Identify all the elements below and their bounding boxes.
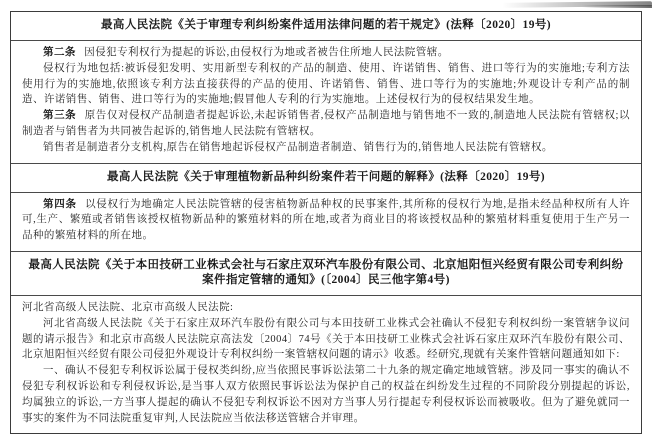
document-table: 最高人民法院《关于审理专利纠纷案件适用法律问题的若干规定》(法释〔2020〕19… xyxy=(10,11,642,434)
section-body: 河北省高级人民法院、北京市高级人民法院:河北省高级人民法院《关于石家庄双环汽车股… xyxy=(11,295,641,433)
paragraph: 河北省高级人民法院、北京市高级人民法院: xyxy=(22,300,630,316)
header-title: 最高人民法院《关于审理专利纠纷案件适用法律问题的若干规定》(法释〔2020〕19… xyxy=(25,18,627,33)
section-header: 最高人民法院《关于本田技研工业株式会社与石家庄双环汽车股份有限公司、北京旭阳恒兴… xyxy=(11,251,641,295)
section-header: 最高人民法院《关于审理植物新品种纠纷案件若干问题的解释》(法释〔2020〕19号… xyxy=(11,163,641,192)
paragraph: 一、确认不侵犯专利权诉讼属于侵权类纠纷,应当依照民事诉讼法第二十九条的规定确定地… xyxy=(22,363,630,426)
section-body: 第二条因侵犯专利权行为提起的诉讼,由侵权行为地或者被告住所地人民法院管辖。侵权行… xyxy=(11,40,641,163)
paragraph-text: 河北省高级人民法院、北京市高级人民法院: xyxy=(22,302,233,313)
paragraph: 侵权行为地包括:被诉侵犯发明、实用新型专利权的产品的制造、使用、许诺销售、销售、… xyxy=(22,61,630,108)
paragraph: 第四条以侵权行为地确定人民法院管辖的侵害植物新品种权的民事案件,其所称的侵权行为… xyxy=(22,197,630,244)
paragraph: 第二条因侵犯专利权行为提起的诉讼,由侵权行为地或者被告住所地人民法院管辖。 xyxy=(22,45,630,61)
paragraph-text: 以侵权行为地确定人民法院管辖的侵害植物新品种权的民事案件,其所称的侵权行为地,是… xyxy=(22,199,630,242)
paragraph: 销售者是制造者分支机构,原告在销售地起诉侵权产品制造者制造、销售行为的,销售地人… xyxy=(22,140,630,156)
paragraph-text: 原告仅对侵权产品制造者提起诉讼,未起诉销售者,侵权产品制造地与销售地不一致的,制… xyxy=(22,110,630,137)
article-label: 第四条 xyxy=(43,199,77,210)
section-body: 第四条以侵权行为地确定人民法院管辖的侵害植物新品种权的民事案件,其所称的侵权行为… xyxy=(11,192,641,251)
paragraph-text: 侵权行为地包括:被诉侵犯发明、实用新型专利权的产品的制造、使用、许诺销售、销售、… xyxy=(22,63,630,106)
scan-artifact-smudge-dark xyxy=(582,5,652,8)
paragraph-text: 销售者是制造者分支机构,原告在销售地起诉侵权产品制造者制造、销售行为的,销售地人… xyxy=(43,142,553,153)
paragraph-text: 一、确认不侵犯专利权诉讼属于侵权类纠纷,应当依照民事诉讼法第二十九条的规定确定地… xyxy=(22,365,630,423)
page: 最高人民法院《关于审理专利纠纷案件适用法律问题的若干规定》(法释〔2020〕19… xyxy=(0,0,652,435)
paragraph-text: 因侵犯专利权行为提起的诉讼,由侵权行为地或者被告住所地人民法院管辖。 xyxy=(84,47,448,58)
paragraph: 第三条原告仅对侵权产品制造者提起诉讼,未起诉销售者,侵权产品制造地与销售地不一致… xyxy=(22,108,630,140)
article-label: 第二条 xyxy=(43,47,76,58)
section-header: 最高人民法院《关于审理专利纠纷案件适用法律问题的若干规定》(法释〔2020〕19… xyxy=(11,12,641,40)
paragraph-text: 河北省高级人民法院《关于石家庄双环汽车股份有限公司与本田技研工业株式会社确认不侵… xyxy=(22,318,630,361)
header-title: 最高人民法院《关于本田技研工业株式会社与石家庄双环汽车股份有限公司、北京旭阳恒兴… xyxy=(25,258,627,288)
paragraph: 河北省高级人民法院《关于石家庄双环汽车股份有限公司与本田技研工业株式会社确认不侵… xyxy=(22,316,630,363)
header-title: 最高人民法院《关于审理植物新品种纠纷案件若干问题的解释》(法释〔2020〕19号… xyxy=(25,170,627,185)
article-label: 第三条 xyxy=(43,110,76,121)
